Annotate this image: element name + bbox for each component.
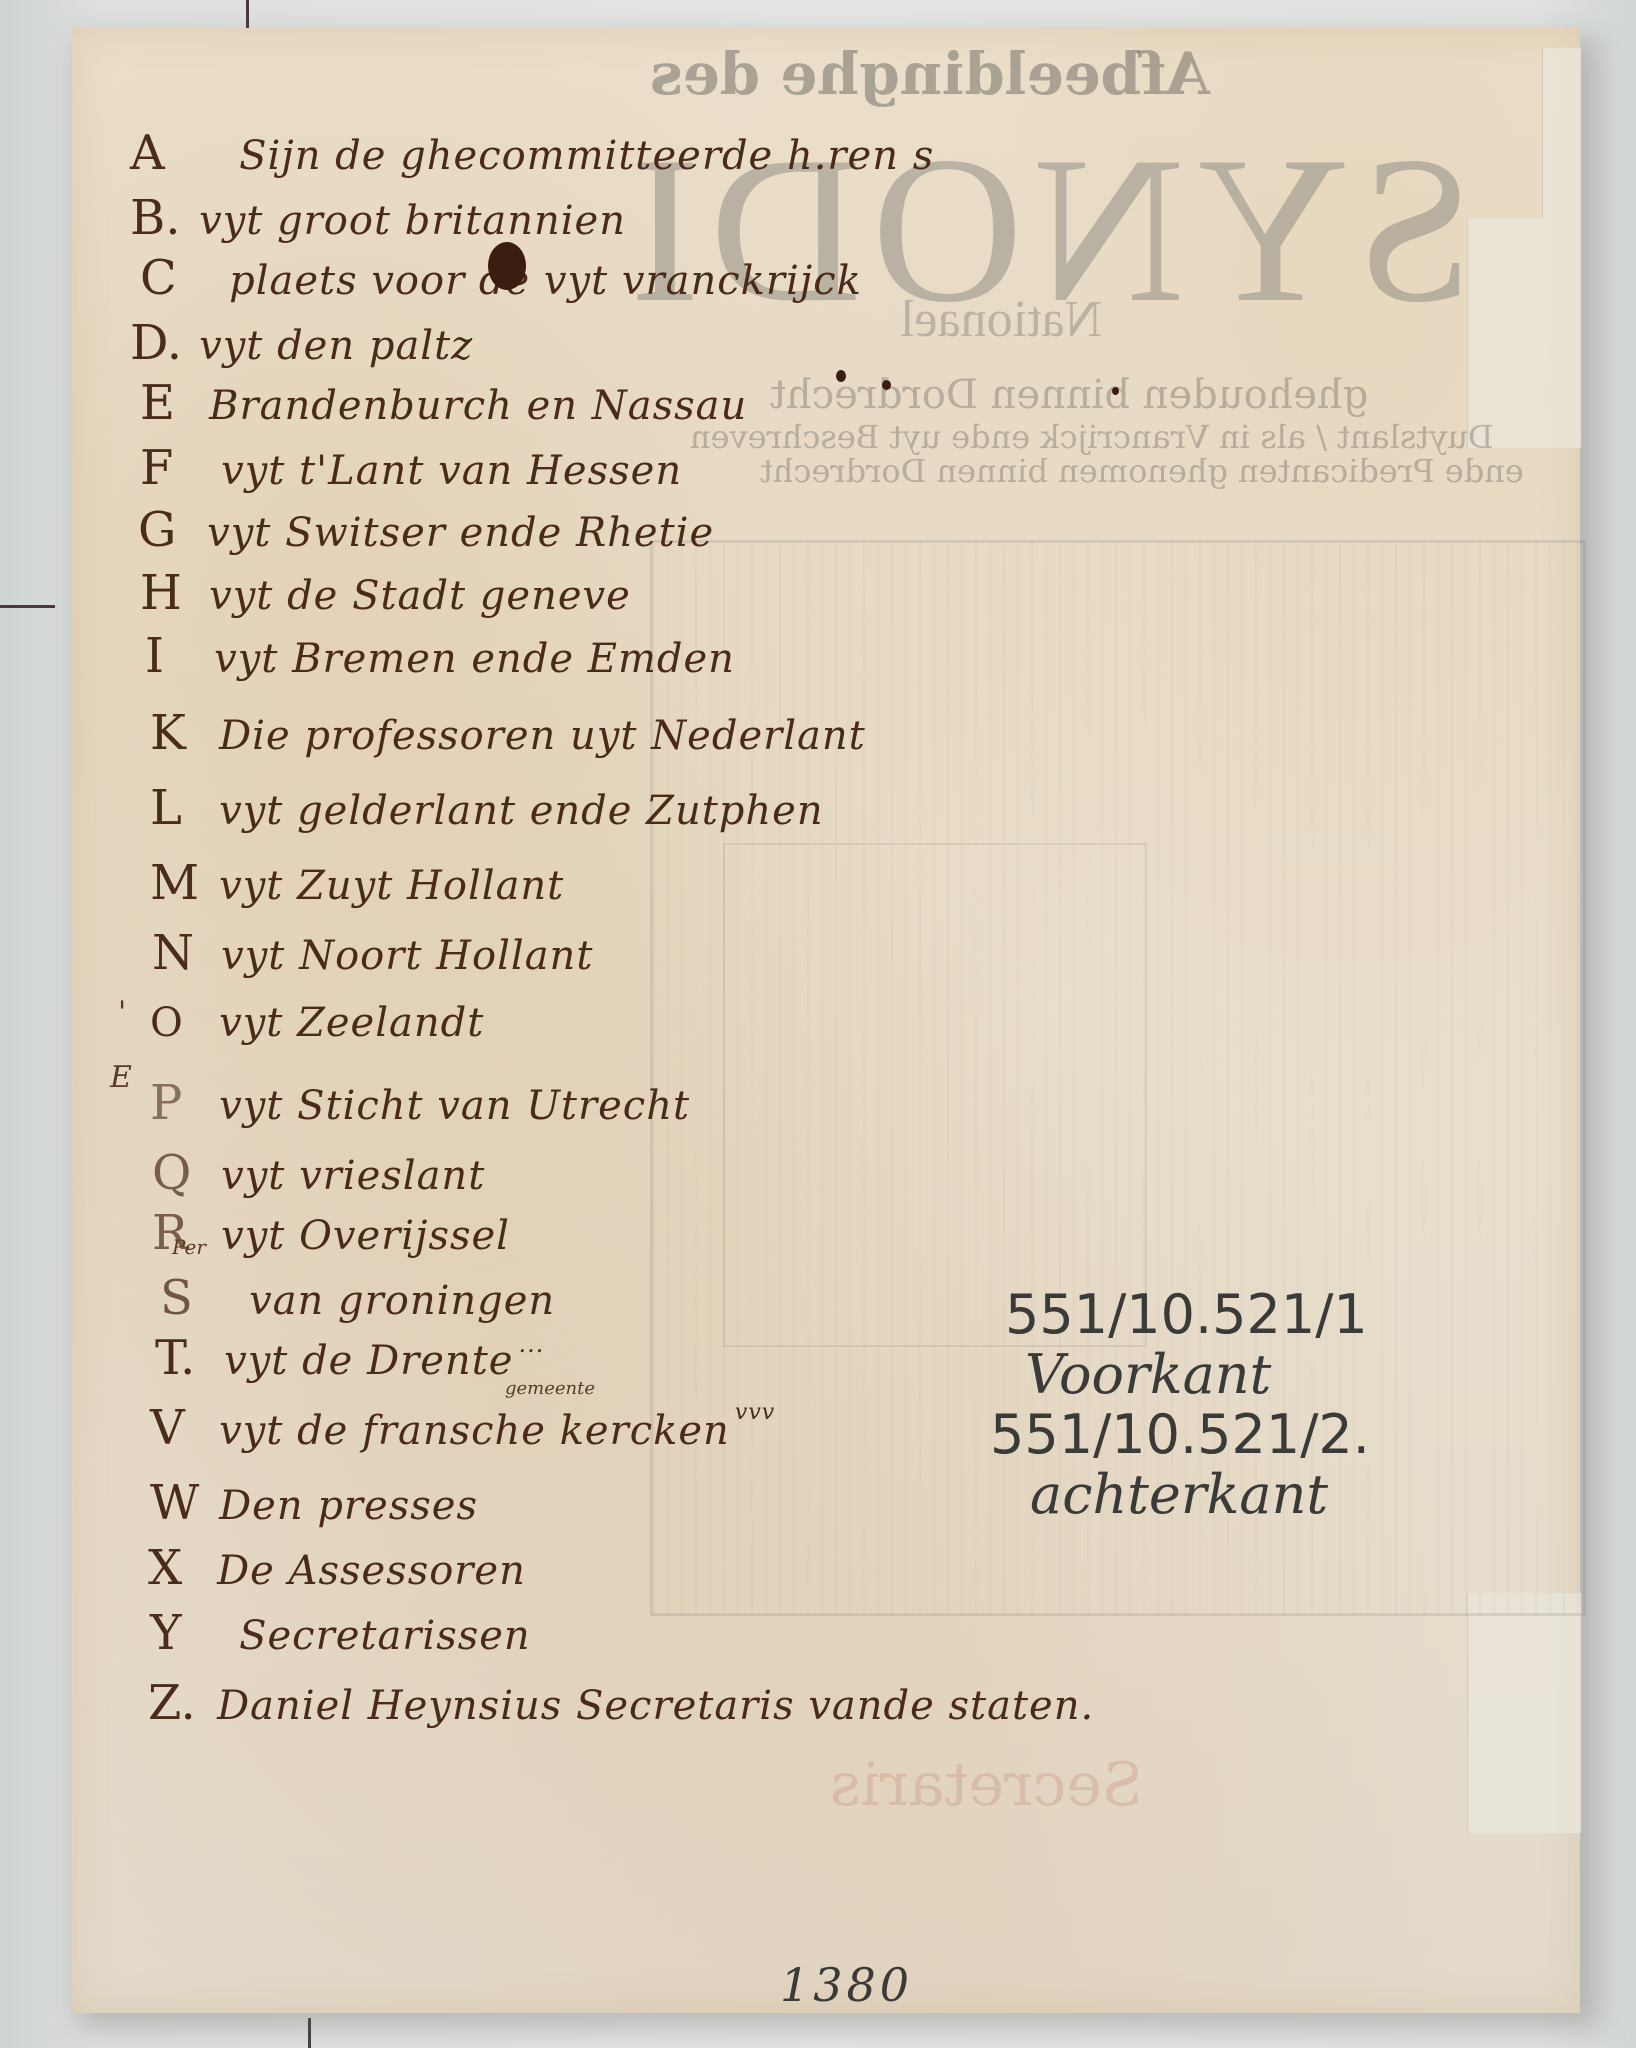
- key-text: vyt den paltz: [199, 323, 473, 369]
- key-letter: X: [148, 1540, 212, 1596]
- key-item-k: K Die professoren uyt Nederlant: [150, 705, 866, 761]
- backing-rule-line-left: [0, 605, 55, 608]
- key-text: van groningen: [249, 1278, 555, 1324]
- key-letter: O: [150, 1000, 214, 1046]
- key-text: De Assessoren: [217, 1548, 526, 1594]
- key-text: vyt Switser ende Rhetie: [207, 510, 714, 556]
- key-letter: A: [130, 125, 194, 181]
- key-item-l: L vyt gelderlant ende Zutphen: [150, 780, 824, 836]
- bleed-through-engraving-inner: [723, 843, 1147, 1347]
- key-letter: W: [150, 1475, 214, 1531]
- key-trailing-marks: vvv: [735, 1400, 775, 1425]
- key-letter: V: [150, 1400, 214, 1456]
- key-letter: Y: [150, 1605, 214, 1661]
- key-letter: H: [140, 565, 204, 621]
- repair-strip-top: [1542, 48, 1581, 218]
- key-trailing-marks: ...: [519, 1330, 545, 1358]
- key-letter: Z.: [148, 1675, 212, 1731]
- pencil-annotation: 551/10.521/1 Voorkant 551/10.521/2. acht…: [1005, 1288, 1370, 1528]
- margin-mark-o: ': [118, 995, 126, 1030]
- key-letter: T.: [155, 1330, 219, 1386]
- key-text: vyt Sticht van Utrecht: [219, 1083, 690, 1129]
- key-item-d: D. vyt den paltz: [130, 315, 473, 371]
- ink-dot: [882, 380, 891, 390]
- key-text: Den presses: [219, 1483, 478, 1529]
- key-item-g: G vyt Switser ende Rhetie: [138, 502, 714, 558]
- key-letter: K: [150, 705, 214, 761]
- key-item-s: S van groningen: [160, 1270, 555, 1326]
- key-letter: N: [152, 925, 216, 981]
- shelfmark-front: 551/10.521/1: [1005, 1288, 1370, 1342]
- key-item-i: I vyt Bremen ende Emden: [145, 628, 735, 684]
- key-text: vyt groot britannien: [199, 198, 626, 244]
- key-text: vyt Noort Hollant: [221, 933, 593, 979]
- key-item-w: W Den presses: [150, 1475, 478, 1531]
- ink-blot: [488, 242, 526, 290]
- key-letter: F: [140, 440, 204, 496]
- key-text: Brandenburch en Nassau: [209, 383, 747, 429]
- key-item-f: F vyt t'Lant van Hessen: [140, 440, 682, 496]
- interlinear-v-above: gemeente: [505, 1378, 595, 1399]
- bleed-through-line-1: ghehouden binnen Dordrecht: [770, 372, 1368, 418]
- bleed-through-line-2: Duytslant / als in Vrancrijck ende uyt B…: [690, 418, 1494, 456]
- bleed-through-line-3: ende Predicanten ghenomen binnen Dordrec…: [760, 452, 1524, 490]
- key-letter: G: [138, 502, 202, 558]
- key-item-p: P vyt Sticht van Utrecht: [150, 1075, 690, 1131]
- key-text: vyt Zeelandt: [219, 1000, 484, 1046]
- key-letter: C: [140, 250, 204, 306]
- key-item-o: O vyt Zeelandt: [150, 1000, 484, 1046]
- key-letter: L: [150, 780, 214, 836]
- key-letter: B.: [130, 190, 194, 246]
- label-back: achterkant: [1030, 1468, 1370, 1522]
- key-letter: Q: [152, 1145, 216, 1201]
- key-text: Sijn de ghecommitteerde h.ren s: [239, 133, 934, 179]
- key-item-e: E Brandenburch en Nassau: [140, 375, 747, 431]
- key-letter: E: [140, 375, 204, 431]
- key-item-z: Z. Daniel Heynsius Secretaris vande stat…: [148, 1675, 1094, 1731]
- key-text: vyt gelderlant ende Zutphen: [219, 788, 824, 834]
- key-text: vyt Overijssel: [221, 1213, 510, 1259]
- key-text: vyt t'Lant van Hessen: [221, 448, 682, 494]
- folio-number: 1380: [780, 1958, 913, 2012]
- key-text: vyt de fransche kercken: [219, 1408, 730, 1454]
- key-letter: S: [160, 1270, 224, 1326]
- key-text: Die professoren uyt Nederlant: [219, 713, 866, 759]
- key-item-a: A Sijn de ghecommitteerde h.ren s: [130, 125, 934, 181]
- key-letter: I: [145, 628, 209, 684]
- key-letter: M: [150, 855, 214, 911]
- key-item-y: Y Secretarissen: [150, 1605, 531, 1661]
- repair-strip-upper: [1467, 218, 1581, 448]
- key-text: vyt de Stadt geneve: [209, 573, 631, 619]
- margin-mark-r: Per: [172, 1235, 206, 1259]
- key-letter: D.: [130, 315, 194, 371]
- key-text: vyt Zuyt Hollant: [219, 863, 564, 909]
- margin-mark-p: E: [110, 1060, 132, 1095]
- key-item-m: M vyt Zuyt Hollant: [150, 855, 564, 911]
- backing-rule-line-top: [246, 0, 249, 28]
- bleed-through-subtitle: Nationael: [900, 290, 1102, 349]
- key-item-t: T. vyt de Drente ...: [155, 1330, 544, 1386]
- ink-dot: [836, 370, 846, 382]
- key-text: vyt de Drente: [224, 1338, 513, 1384]
- label-front: Voorkant: [1025, 1348, 1370, 1402]
- key-item-b: B. vyt groot britannien: [130, 190, 626, 246]
- key-item-n: N vyt Noort Hollant: [152, 925, 593, 981]
- key-text: vyt Bremen ende Emden: [214, 636, 735, 682]
- key-text: Daniel Heynsius Secretaris vande staten.: [217, 1683, 1094, 1729]
- repair-strip-lower: [1467, 1593, 1581, 1833]
- bleed-through-footer: Secretaris: [830, 1750, 1143, 1820]
- key-item-h: H vyt de Stadt geneve: [140, 565, 631, 621]
- key-text: vyt vrieslant: [221, 1153, 485, 1199]
- shelfmark-back: 551/10.521/2.: [990, 1408, 1370, 1462]
- ink-dot: [1112, 387, 1119, 395]
- key-text: Secretarissen: [239, 1613, 531, 1659]
- key-item-q: Q vyt vrieslant: [152, 1145, 485, 1201]
- bleed-through-heading: Afbeeldinghe des: [650, 40, 1210, 108]
- key-item-x: X De Assessoren: [148, 1540, 526, 1596]
- key-letter: P: [150, 1075, 214, 1131]
- key-text: plaets voor de vyt vranckrijck: [229, 258, 862, 304]
- key-item-v: V vyt de fransche kercken vvv: [150, 1400, 775, 1456]
